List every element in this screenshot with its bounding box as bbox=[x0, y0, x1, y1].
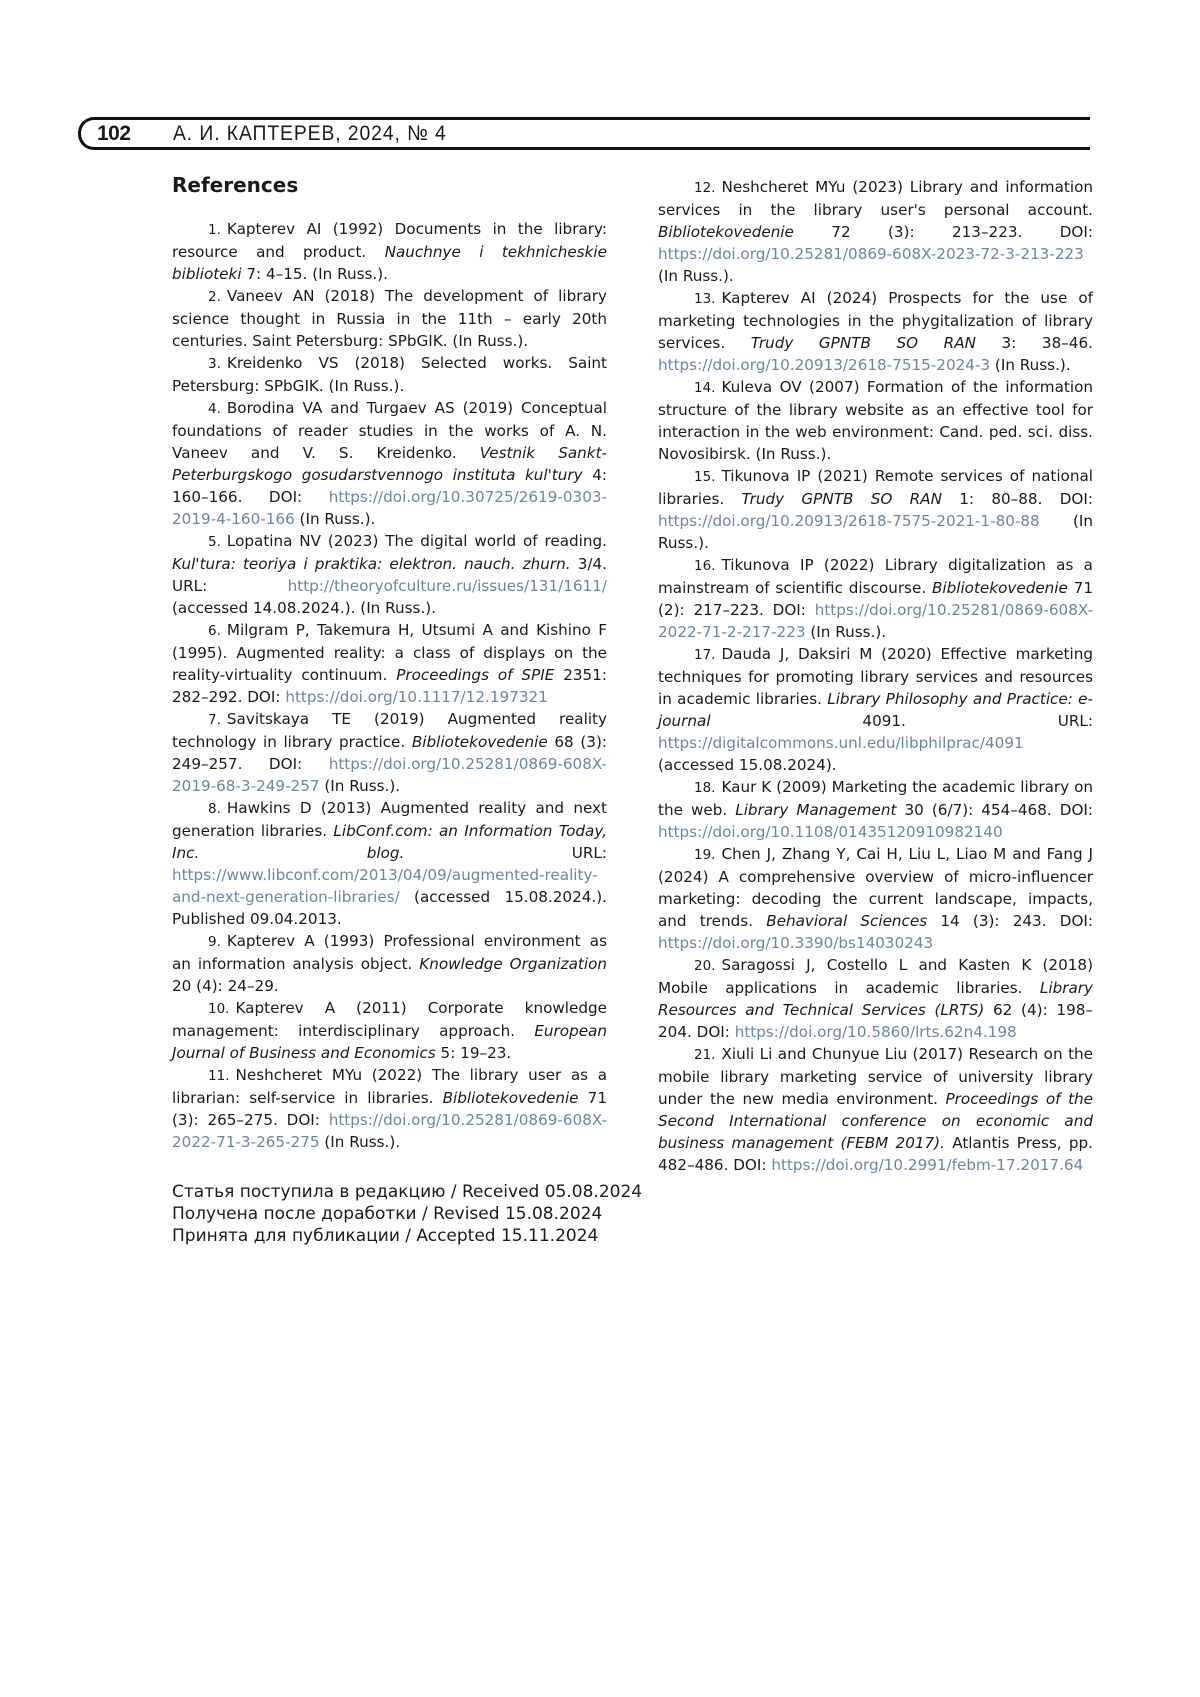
reference-number: 8. bbox=[208, 801, 221, 817]
reference-link[interactable]: http://theoryofculture.ru/issues/131/161… bbox=[288, 577, 607, 595]
reference-item: 8.Hawkins D (2013) Augmented reality and… bbox=[172, 797, 607, 930]
reference-details: 30 (6/7): 454–468. DOI: bbox=[896, 801, 1093, 819]
reference-details: 14 (3): 243. DOI: bbox=[927, 912, 1093, 930]
reference-item: 17.Dauda J, Daksiri M (2020) Effective m… bbox=[658, 643, 1093, 776]
reference-item: 11.Neshcheret MYu (2022) The library use… bbox=[172, 1064, 607, 1153]
received-date: Статья поступила в редакцию / Received 0… bbox=[172, 1181, 642, 1203]
reference-details: 1: 80–88. DOI: bbox=[942, 490, 1093, 508]
reference-link[interactable]: https://doi.org/10.25281/0869-608X-2023-… bbox=[658, 245, 1084, 263]
reference-number: 14. bbox=[694, 380, 715, 396]
reference-list-left: 1.Kapterev AI (1992) Documents in the li… bbox=[172, 218, 607, 1153]
reference-link[interactable]: https://doi.org/10.5860/lrts.62n4.198 bbox=[735, 1023, 1017, 1041]
reference-number: 21. bbox=[694, 1047, 715, 1063]
reference-number: 1. bbox=[208, 222, 221, 238]
reference-number: 16. bbox=[694, 558, 715, 574]
reference-details: 72 (3): 213–223. DOI: bbox=[794, 223, 1093, 241]
reference-journal: Bibliotekovedenie bbox=[658, 223, 794, 241]
page-number: 102 bbox=[97, 122, 131, 146]
references-column-right: 12.Neshcheret MYu (2023) Library and inf… bbox=[658, 176, 1093, 1176]
reference-journal: Bibliotekovedenie bbox=[932, 579, 1068, 597]
references-column-left: References 1.Kapterev AI (1992) Document… bbox=[172, 172, 607, 1153]
reference-number: 13. bbox=[694, 291, 715, 307]
reference-journal: Library Management bbox=[735, 801, 896, 819]
reference-number: 12. bbox=[694, 180, 715, 196]
reference-text: Vaneev AN (2018) The development of libr… bbox=[172, 287, 607, 350]
reference-item: 15.Tikunova IP (2021) Remote services of… bbox=[658, 465, 1093, 554]
reference-text: Kreidenko VS (2018) Selected works. Sain… bbox=[172, 354, 607, 395]
reference-link[interactable]: https://doi.org/10.1117/12.197321 bbox=[285, 688, 548, 706]
reference-details: 20 (4): 24–29. bbox=[172, 977, 279, 995]
reference-item: 5.Lopatina NV (2023) The digital world o… bbox=[172, 530, 607, 619]
reference-details: 5: 19–23. bbox=[436, 1044, 512, 1062]
references-heading: References bbox=[172, 172, 607, 198]
reference-tail: (In Russ.). bbox=[806, 623, 887, 641]
reference-tail: (In Russ.). bbox=[320, 777, 401, 795]
reference-number: 19. bbox=[694, 847, 715, 863]
reference-link[interactable]: https://doi.org/10.20913/2618-7575-2021-… bbox=[658, 512, 1040, 530]
reference-item: 16.Tikunova IP (2022) Library digitaliza… bbox=[658, 554, 1093, 643]
reference-journal: Trudy GPNTB SO RAN bbox=[742, 490, 942, 508]
reference-item: 2.Vaneev AN (2018) The development of li… bbox=[172, 285, 607, 352]
reference-tail: (In Russ.). bbox=[295, 510, 376, 528]
reference-text: Neshcheret MYu (2023) Library and inform… bbox=[658, 178, 1093, 219]
reference-link[interactable]: https://doi.org/10.2991/febm-17.2017.64 bbox=[771, 1156, 1083, 1174]
reference-number: 2. bbox=[208, 289, 221, 305]
reference-number: 5. bbox=[208, 534, 221, 550]
reference-number: 15. bbox=[694, 469, 715, 485]
reference-item: 9.Kapterev A (1993) Professional environ… bbox=[172, 930, 607, 997]
reference-link[interactable]: https://doi.org/10.3390/bs14030243 bbox=[658, 934, 933, 952]
submission-dates: Статья поступила в редакцию / Received 0… bbox=[172, 1181, 642, 1247]
reference-journal: Behavioral Sciences bbox=[766, 912, 927, 930]
reference-tail: (accessed 14.08.2024.). (In Russ.). bbox=[172, 599, 436, 617]
reference-number: 3. bbox=[208, 356, 221, 372]
running-title: А. И. КАПТЕРЕВ, 2024, № 4 bbox=[173, 122, 447, 146]
reference-item: 18.Kaur K (2009) Marketing the academic … bbox=[658, 776, 1093, 843]
reference-text: Lopatina NV (2023) The digital world of … bbox=[227, 532, 607, 550]
running-header: 102 А. И. КАПТЕРЕВ, 2024, № 4 bbox=[78, 117, 1090, 150]
reference-tail: (In Russ.). bbox=[320, 1133, 401, 1151]
revised-date: Получена после доработки / Revised 15.08… bbox=[172, 1203, 642, 1225]
reference-item: 7.Savitskaya TE (2019) Augmented reality… bbox=[172, 708, 607, 797]
reference-details: 4091. URL: bbox=[711, 712, 1093, 730]
reference-number: 20. bbox=[694, 958, 715, 974]
reference-number: 17. bbox=[694, 647, 715, 663]
reference-link[interactable]: https://digitalcommons.unl.edu/libphilpr… bbox=[658, 734, 1024, 752]
reference-item: 19.Chen J, Zhang Y, Cai H, Liu L, Liao M… bbox=[658, 843, 1093, 954]
reference-journal: Proceedings of SPIE bbox=[396, 666, 554, 684]
reference-tail: (In Russ.). bbox=[990, 356, 1071, 374]
reference-item: 21.Xiuli Li and Chunyue Liu (2017) Resea… bbox=[658, 1043, 1093, 1176]
reference-journal: Bibliotekovedenie bbox=[412, 733, 548, 751]
reference-item: 3.Kreidenko VS (2018) Selected works. Sa… bbox=[172, 352, 607, 397]
reference-number: 10. bbox=[208, 1001, 229, 1017]
reference-number: 6. bbox=[208, 623, 221, 639]
reference-number: 7. bbox=[208, 712, 221, 728]
reference-item: 14.Kuleva OV (2007) Formation of the inf… bbox=[658, 376, 1093, 465]
reference-number: 11. bbox=[208, 1068, 229, 1084]
reference-text: Saragossi J, Costello L and Kasten K (20… bbox=[658, 956, 1093, 997]
reference-item: 13.Kapterev AI (2024) Prospects for the … bbox=[658, 287, 1093, 376]
reference-item: 1.Kapterev AI (1992) Documents in the li… bbox=[172, 218, 607, 285]
accepted-date: Принята для публикации / Accepted 15.11.… bbox=[172, 1225, 642, 1247]
reference-item: 12.Neshcheret MYu (2023) Library and inf… bbox=[658, 176, 1093, 287]
reference-details: 7: 4–15. (In Russ.). bbox=[242, 265, 388, 283]
reference-journal: Knowledge Organization bbox=[419, 955, 607, 973]
reference-journal: Trudy GPNTB SO RAN bbox=[751, 334, 976, 352]
reference-item: 4.Borodina VA and Turgaev AS (2019) Conc… bbox=[172, 397, 607, 530]
reference-journal: Bibliotekovedenie bbox=[443, 1089, 579, 1107]
reference-number: 18. bbox=[694, 780, 715, 796]
reference-item: 10.Kapterev A (2011) Corporate knowledge… bbox=[172, 997, 607, 1064]
reference-link[interactable]: https://doi.org/10.20913/2618-7515-2024-… bbox=[658, 356, 990, 374]
reference-tail: (accessed 15.08.2024). bbox=[658, 756, 837, 774]
reference-text: Kuleva OV (2007) Formation of the inform… bbox=[658, 378, 1093, 463]
reference-link[interactable]: https://doi.org/10.1108/0143512091098214… bbox=[658, 823, 1003, 841]
reference-tail: (In Russ.). bbox=[658, 267, 734, 285]
reference-item: 20.Saragossi J, Costello L and Kasten K … bbox=[658, 954, 1093, 1043]
reference-journal: Kul'tura: teoriya i praktika: elektron. … bbox=[172, 555, 571, 573]
reference-number: 9. bbox=[208, 934, 221, 950]
reference-details: URL: bbox=[404, 844, 607, 862]
reference-number: 4. bbox=[208, 401, 221, 417]
reference-item: 6.Milgram P, Takemura H, Utsumi A and Ki… bbox=[172, 619, 607, 708]
reference-list-right: 12.Neshcheret MYu (2023) Library and inf… bbox=[658, 176, 1093, 1176]
reference-details: 3: 38–46. bbox=[976, 334, 1093, 352]
